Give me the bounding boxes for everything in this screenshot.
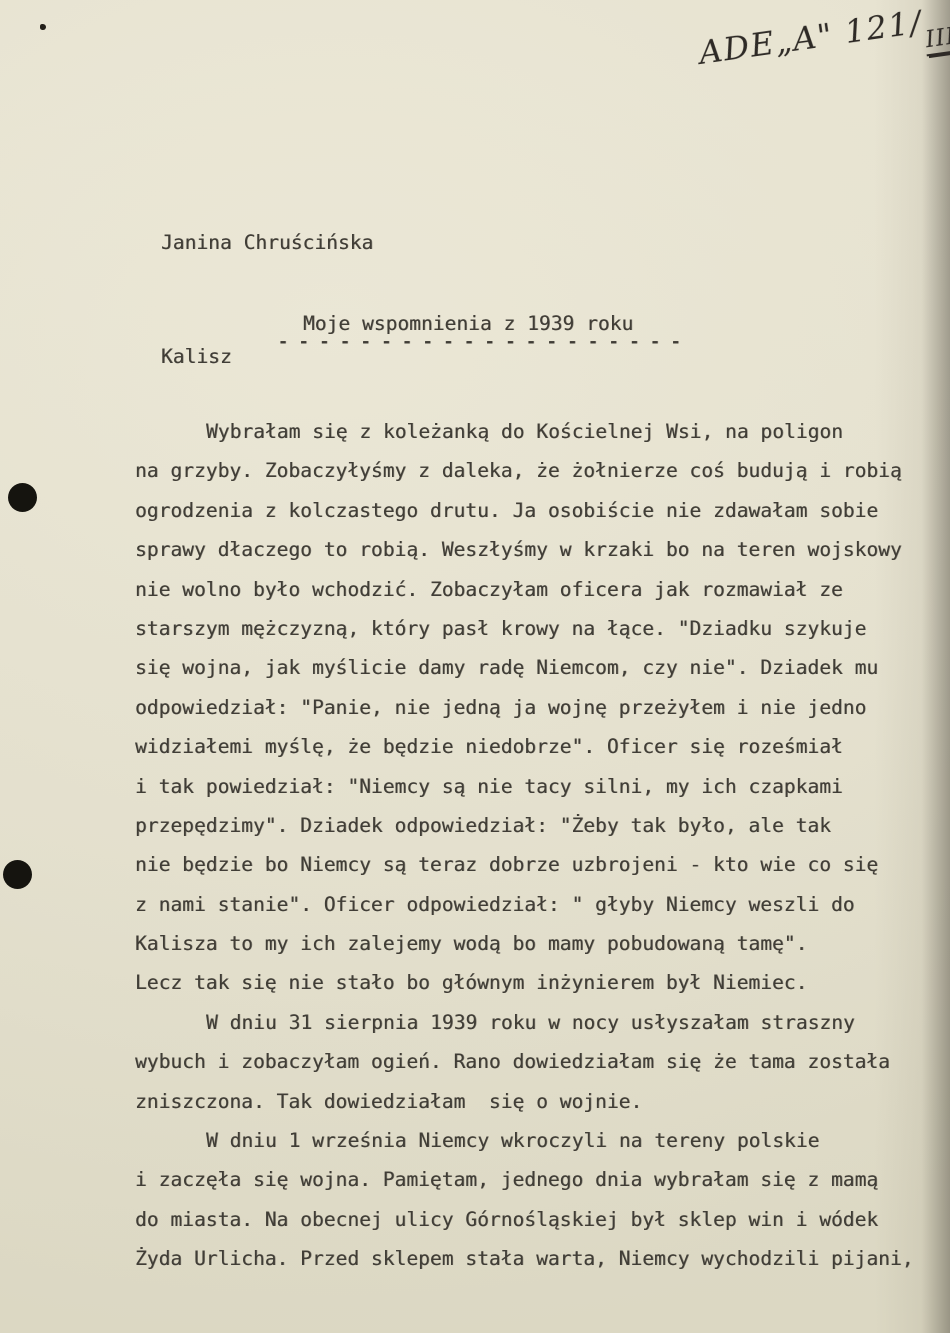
typed-line: i tak powiedział: "Niemcy są nie tacy si… — [135, 767, 945, 806]
typed-line: do miasta. Na obecnej ulicy Górnośląskie… — [135, 1200, 945, 1239]
author-block: Janina Chruścińska Kalisz — [161, 148, 373, 452]
typed-line: zniszczona. Tak dowiedziałam się o wojni… — [135, 1082, 945, 1121]
punch-hole-top — [8, 483, 37, 512]
archival-handwritten-mark: ADE„A" 121/III — [697, 0, 950, 73]
typed-line: odpowiedział: "Panie, nie jedną ja wojnę… — [135, 688, 945, 727]
typed-line: Kalisza to my ich zalejemy wodą bo mamy … — [135, 924, 945, 963]
ink-speck — [40, 24, 46, 30]
typed-line: widziałemi myślę, że będzie niedobrze". … — [135, 727, 945, 766]
typed-line: nie wolno było wchodzić. Zobaczyłam ofic… — [135, 570, 945, 609]
typed-line: przepędzimy". Dziadek odpowiedział: "Żeb… — [135, 806, 945, 845]
paragraph: Wybrałam się z koleżanką do Kościelnej W… — [135, 412, 945, 1003]
typed-line: W dniu 31 sierpnia 1939 roku w nocy usły… — [135, 1003, 945, 1042]
typed-line: i zaczęła się wojna. Pamiętam, jednego d… — [135, 1160, 945, 1199]
typed-line: sprawy dłaczego to robią. Weszłyśmy w kr… — [135, 530, 945, 569]
title-underline: - - - - - - - - - - - - - - - - - - - - — [278, 332, 681, 352]
typed-line: Lecz tak się nie stało bo głównym inżyni… — [135, 963, 945, 1002]
punch-hole-bottom — [3, 860, 32, 889]
archival-mark-fraction: III — [923, 23, 950, 56]
typed-line: nie będzie bo Niemcy są teraz dobrze uzb… — [135, 845, 945, 884]
archival-mark-main: ADE„A" 121/ — [697, 3, 925, 72]
typed-line: Wybrałam się z koleżanką do Kościelnej W… — [135, 412, 945, 451]
typed-line: wybuch i zobaczyłam ogień. Rano dowiedzi… — [135, 1042, 945, 1081]
typed-line: na grzyby. Zobaczyłyśmy z daleka, że żoł… — [135, 451, 945, 490]
typed-line: z nami stanie". Oficer odpowiedział: " g… — [135, 885, 945, 924]
typed-line: ogrodzenia z kolczastego drutu. Ja osobi… — [135, 491, 945, 530]
scanned-page: ADE„A" 121/III Janina Chruścińska Kalisz… — [0, 0, 950, 1333]
typed-line: Żyda Urlicha. Przed sklepem stała warta,… — [135, 1239, 945, 1278]
typed-line: W dniu 1 września Niemcy wkroczyli na te… — [135, 1121, 945, 1160]
typed-line: starszym mężczyzną, który pasł krowy na … — [135, 609, 945, 648]
paragraph: W dniu 1 września Niemcy wkroczyli na te… — [135, 1121, 945, 1279]
typed-line: się wojna, jak myślicie damy radę Niemco… — [135, 648, 945, 687]
author-name: Janina Chruścińska — [161, 224, 373, 262]
memoir-text: Wybrałam się z koleżanką do Kościelnej W… — [135, 412, 945, 1279]
paragraph: W dniu 31 sierpnia 1939 roku w nocy usły… — [135, 1003, 945, 1121]
